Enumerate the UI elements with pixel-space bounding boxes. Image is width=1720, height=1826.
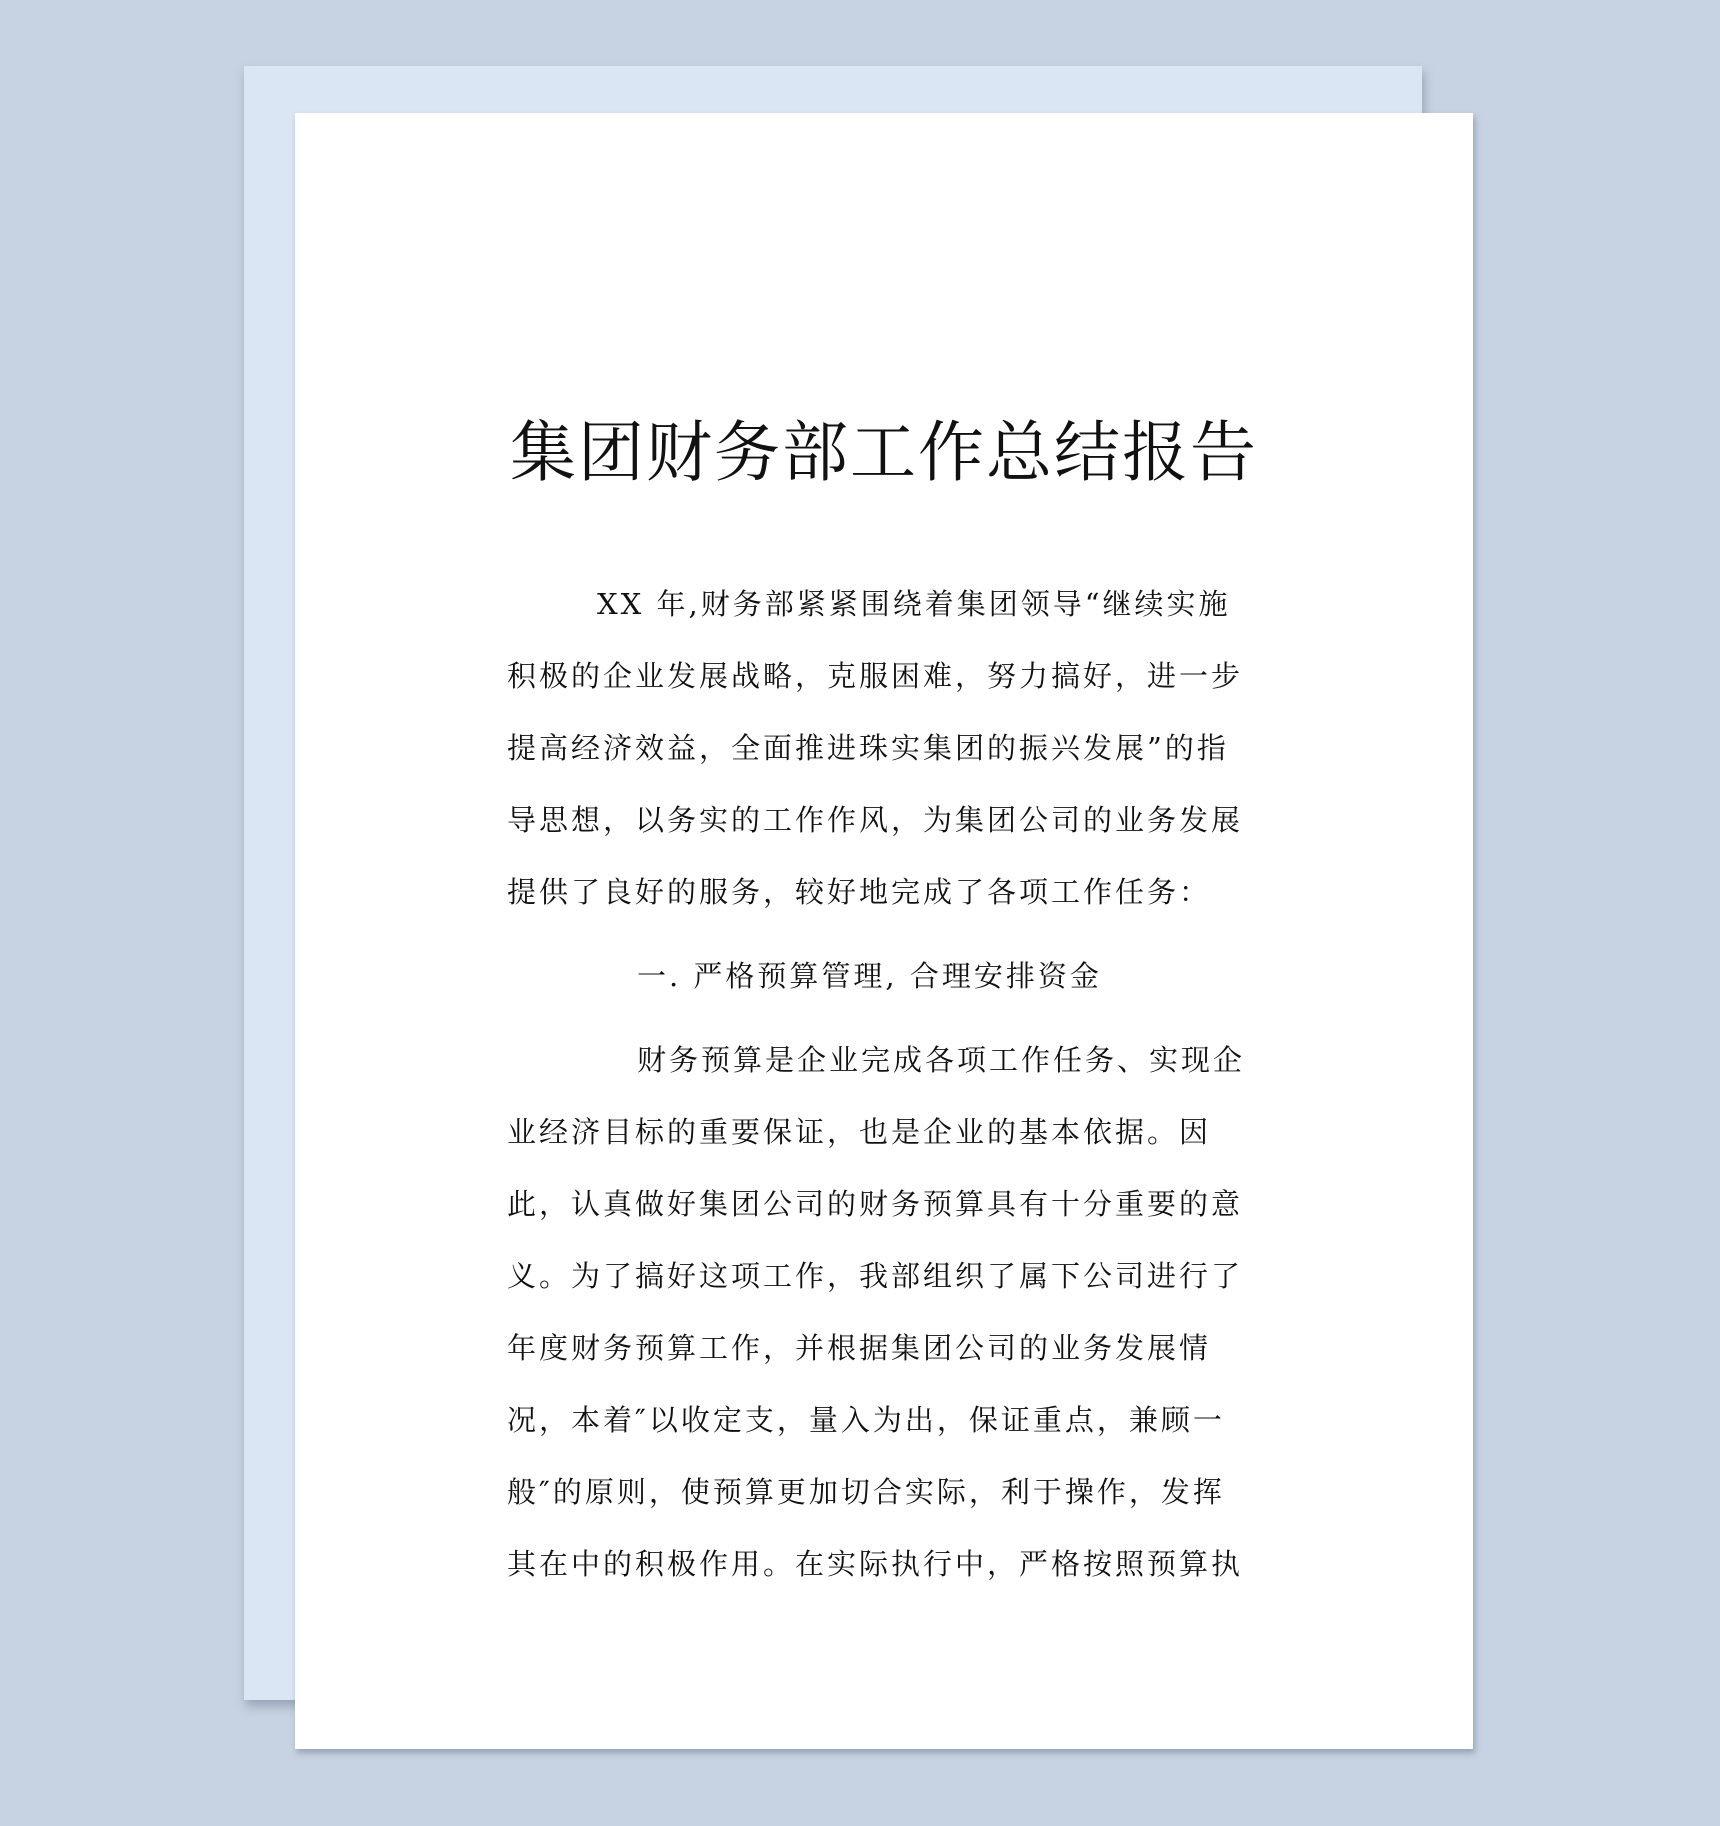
intro-line-4: 导思想，以务实的工作作风，为集团公司的业务发展 xyxy=(417,784,1243,856)
intro-line-2: 积极的企业发展战略，克服困难，努力搞好，进一步 xyxy=(417,640,1243,712)
front-page-sheet: 集团财务部工作总结报告 XX 年,财务部紧紧围绕着集团领导“继续实施 积极的企业… xyxy=(295,113,1473,1749)
section-heading-1: 一. 严格预算管理, 合理安排资金 xyxy=(507,952,1259,1000)
intro-paragraph: XX 年,财务部紧紧围绕着集团领导“继续实施 积极的企业发展战略，克服困难，努力… xyxy=(507,568,1259,928)
budget-line-4: 义。为了搞好这项工作，我部组织了属下公司进行了 xyxy=(377,1240,1243,1312)
document-title: 集团财务部工作总结报告 xyxy=(295,413,1473,493)
budget-line-6: 况，本着″以收定支，量入为出，保证重点，兼顾一 xyxy=(377,1384,1225,1456)
intro-line-1: XX 年,财务部紧紧围绕着集团领导“继续实施 xyxy=(597,587,1231,621)
budget-line-5: 年度财务预算工作，并根据集团公司的业务发展情 xyxy=(377,1312,1211,1384)
budget-line-2: 业经济目标的重要保证，也是企业的基本依据。因 xyxy=(377,1096,1211,1168)
intro-line-5: 提供了良好的服务，较好地完成了各项工作任务： xyxy=(417,856,1211,928)
intro-line-3: 提高经济效益，全面推进珠实集团的振兴发展”的指 xyxy=(417,712,1229,784)
budget-paragraph: 财务预算是企业完成各项工作任务、实现企 业经济目标的重要保证，也是企业的基本依据… xyxy=(507,1024,1259,1600)
budget-line-3: 此，认真做好集团公司的财务预算具有十分重要的意 xyxy=(377,1168,1243,1240)
budget-line-8: 其在中的积极作用。在实际执行中，严格按照预算执 xyxy=(377,1528,1243,1600)
document-body: XX 年,财务部紧紧围绕着集团领导“继续实施 积极的企业发展战略，克服困难，努力… xyxy=(507,568,1259,1600)
budget-line-7: 般″的原则，使预算更加切合实际，利于操作，发挥 xyxy=(377,1456,1225,1528)
budget-line-1: 财务预算是企业完成各项工作任务、实现企 xyxy=(637,1043,1245,1077)
